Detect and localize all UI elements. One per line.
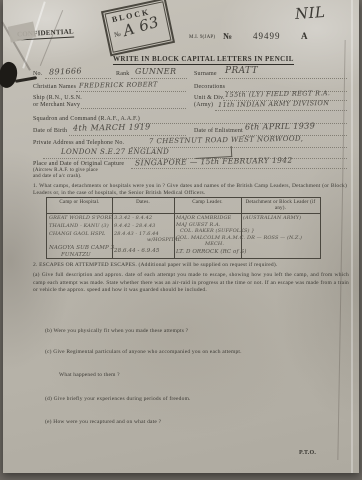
question-1-text: 1. What camps, detachments or hospitals … <box>33 183 347 198</box>
address-value-line1: 7 CHESTNUT ROAD WEST NORWOOD, <box>149 135 303 146</box>
capture-note-line2: and date of a/c crash). <box>33 174 82 179</box>
form-title: WRITE IN BLOCK CAPITAL LETTERS IN PENCIL <box>113 55 294 65</box>
crease-line <box>1 21 31 70</box>
detachment-cell: (AUSTRALIAN ARMY) <box>243 215 301 221</box>
confidential-label: CONFIDENTIAL <box>17 28 74 41</box>
dates-cell: 9.4.42 - 28.4.43 <box>114 223 155 229</box>
capture-label: Place and Date of Original Capture <box>33 161 124 167</box>
ship-line <box>81 107 186 109</box>
question-2-heading: 2. ESCAPES OR ATTEMPTED ESCAPES. (Additi… <box>33 262 278 268</box>
question-2c-text: (c) Give Regimental particulars of anyon… <box>45 349 242 355</box>
leader-cell-line2: COL. BAKER (SUFFOLKS) } <box>180 228 255 234</box>
camp-cell: CHANGI GAOL HSPL <box>49 231 105 237</box>
question-2c2-text: What happened to them ? <box>59 372 120 378</box>
dates-cell: 28.6.44 - 6.9.45 <box>114 248 159 254</box>
surname-label: Surname <box>194 71 217 77</box>
date-of-birth-label: Date of Birth <box>33 128 67 134</box>
serial-suffix: A <box>301 31 308 41</box>
table-header-divider <box>47 213 320 214</box>
question-2d-text: (d) Give briefly your experiences during… <box>45 396 191 402</box>
pto-label: P.T.O. <box>299 450 316 456</box>
decorations-label: Decorations <box>194 84 225 90</box>
tear-mark <box>15 76 37 83</box>
camp-cell: NAGOYA SUB CAMP 3 <box>49 245 114 251</box>
capture-line <box>131 167 347 169</box>
document-paper: CONFIDENTIAL BLOCK № A 63 NIL M.I. 9(JAP… <box>3 0 359 473</box>
rank-value: GUNNER <box>135 67 176 76</box>
question-2e-text: (e) How were you recaptured and on what … <box>45 419 161 425</box>
leader-cell: MAJOR CAMBRIDGE <box>176 215 231 221</box>
table-column-divider <box>174 198 175 258</box>
address-label: Private Address and Telephone No. <box>33 140 124 146</box>
enlistment-value: 6th APRIL 1939 <box>245 121 315 131</box>
christian-names-line <box>76 90 186 92</box>
table-header-leader: Camp Leader. <box>174 200 241 206</box>
ship-label-line1: Ship (R.N., U.S.N. <box>33 95 82 101</box>
camp-cell: THAILAND - KANU (3) <box>49 223 109 229</box>
no-value: 891666 <box>49 66 82 76</box>
stamp-no-text: № <box>113 30 121 39</box>
date-of-birth-value: 4th MARCH 1919 <box>73 122 151 132</box>
table-header-camp: Camp or Hospital. <box>47 200 112 206</box>
surname-value: PRATT <box>225 66 258 76</box>
block-number-stamp: BLOCK № A 63 <box>101 0 175 56</box>
date-of-birth-line <box>69 134 186 136</box>
unit-value-line2: 11th INDIAN ARMY DIVISION <box>218 99 329 109</box>
christian-names-label: Christian Names <box>33 84 76 90</box>
serial-no-sign: № <box>223 31 232 41</box>
crease-line <box>351 0 353 473</box>
rank-label: Rank <box>116 71 129 77</box>
squadron-label: Squadron and Command (R.A.F., A.A.F.) <box>33 116 140 122</box>
address-value-line2: LONDON S.E.27 ENGLAND <box>61 148 169 156</box>
capture-note-line1: (Aircrew R.A.F. to give place <box>33 168 98 173</box>
rank-line <box>131 77 187 79</box>
unit-line2 <box>215 109 347 111</box>
table-header-dates: Dates. <box>112 200 174 206</box>
question-2a-text: (a) Give full description and approx. da… <box>33 272 349 295</box>
surname-line <box>219 77 347 79</box>
unit-value-line1: 155th (LY) FIELD REGT R.A. <box>225 89 330 99</box>
no-line <box>45 77 111 79</box>
leader-cell: LT. D ORROCK (RC of S) <box>176 249 247 255</box>
camp-cell: GREAT WORLD S'PORE <box>49 215 112 221</box>
unit-div-army-label: (Army) <box>194 102 213 108</box>
ship-label-line2: or Merchant Navy <box>33 102 80 108</box>
mi9-label: M.I. 9(JAP) <box>189 35 215 40</box>
dates-cell: 3.3.42 - 8.4.42 <box>114 215 152 221</box>
camp-cell-line2: FUNATZU <box>61 252 91 258</box>
detachment-cell: DR — ROSS — (N.Z.) <box>247 235 302 241</box>
table-header-detachment: Detachment or Block Leader (if any). <box>241 200 320 212</box>
christian-names-value: FREDERICK ROBERT <box>79 80 158 89</box>
enlistment-label: Date of Enlistment <box>194 128 243 134</box>
squadron-line <box>139 122 347 124</box>
crease-line <box>337 40 345 460</box>
capture-value: SINGAPORE — 15th FEBRUARY 1942 <box>135 156 293 168</box>
serial-number: 49499 <box>253 31 281 41</box>
camps-table: Camp or Hospital. Dates. Camp Leader. De… <box>46 197 321 259</box>
tear-mark <box>0 60 21 90</box>
leader-cell-line2: MECH. <box>205 241 224 247</box>
nil-annotation: NIL <box>294 3 325 23</box>
question-2b-text: (b) Were you physically fit when you mad… <box>45 328 188 334</box>
no-label: No. <box>33 71 42 77</box>
